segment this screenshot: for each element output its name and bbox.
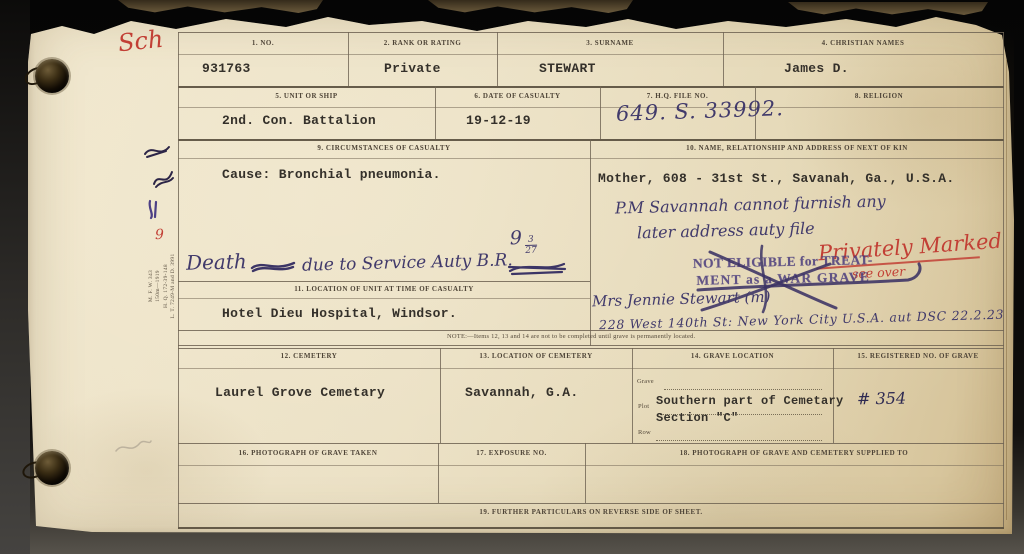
grid-line bbox=[178, 330, 1004, 331]
form-ref-line: 150m—1919 bbox=[155, 238, 162, 334]
form-ref-line: M. F. W. 343 bbox=[148, 238, 155, 334]
field-rank-value: Private bbox=[384, 61, 441, 77]
row-sublabel: Row bbox=[638, 430, 651, 437]
grid-line bbox=[178, 158, 1004, 159]
hand-figure: 9 bbox=[510, 227, 523, 249]
cemetery-location-label: 13. LOCATION OF CEMETERY bbox=[440, 353, 632, 360]
field-surname-value: STEWART bbox=[539, 61, 596, 77]
grid-line bbox=[178, 54, 1004, 55]
circumstances-typed-value: Cause: Bronchial pneumonia. bbox=[222, 167, 441, 183]
grave-location-label: 14. GRAVE LOCATION bbox=[632, 353, 833, 360]
grid-line bbox=[178, 348, 1004, 349]
grave-location-typed2: Section "C" bbox=[656, 411, 739, 425]
field-date-casualty-label: 6. DATE OF CASUALTY bbox=[435, 93, 600, 100]
binder-grommet-bottom bbox=[35, 451, 69, 485]
struck-out-word-scribble bbox=[250, 258, 296, 274]
photo-supplied-label: 18. PHOTOGRAPH OF GRAVE AND CEMETERY SUP… bbox=[585, 450, 1003, 457]
fraction-top: 3 bbox=[525, 236, 537, 245]
further-particulars-label: 19. FURTHER PARTICULARS ON REVERSE SIDE … bbox=[178, 509, 1004, 516]
circumstances-hand-date: 9327 bbox=[510, 228, 537, 257]
binder-grommet-top bbox=[35, 59, 69, 93]
grid-line bbox=[178, 443, 1004, 444]
exposure-no-label: 17. EXPOSURE NO. bbox=[438, 450, 585, 457]
grid-line bbox=[178, 503, 1004, 504]
cemetery-label: 12. CEMETERY bbox=[178, 353, 440, 360]
torn-paper-fragment bbox=[428, 0, 633, 13]
field-date-casualty-value: 19-12-19 bbox=[466, 113, 531, 129]
ink-scribble bbox=[142, 142, 172, 160]
next-of-kin-label: 10. NAME, RELATIONSHIP AND ADDRESS OF NE… bbox=[590, 145, 1004, 152]
plot-sublabel: Plot bbox=[638, 404, 649, 411]
grid-line bbox=[178, 86, 1004, 88]
field-no-label: 1. NO. bbox=[178, 40, 348, 47]
dotted-leader bbox=[656, 440, 822, 441]
form-reference-numbers: M. F. W. 343 150m—1919 H. Q. 172-39-148 … bbox=[148, 238, 180, 334]
fraction-bottom: 27 bbox=[525, 245, 537, 256]
grid-line bbox=[1003, 32, 1004, 527]
torn-paper-fragment bbox=[118, 0, 323, 13]
grid-line bbox=[178, 368, 1004, 369]
torn-paper-fragment bbox=[788, 2, 988, 15]
form-ref-line: L. T. 7249-M and D. 3991 bbox=[170, 238, 177, 334]
scanned-burial-record: Sch 9 M. F. W. 343 150m—1919 H. Q. 172-3… bbox=[0, 0, 1024, 554]
cemetery-value: Laurel Grove Cemetary bbox=[215, 385, 385, 401]
field-christian-names-label: 4. CHRISTIAN NAMES bbox=[723, 40, 1003, 47]
hand-fraction: 327 bbox=[525, 236, 537, 256]
field-unit-label: 5. UNIT OR SHIP bbox=[178, 93, 435, 100]
grid-line bbox=[178, 139, 1004, 141]
grid-line bbox=[178, 527, 1004, 529]
page-stack-edge bbox=[1006, 60, 1007, 520]
grid-line bbox=[590, 139, 591, 346]
field-unit-value: 2nd. Con. Battalion bbox=[222, 113, 376, 129]
struck-out-figure-scribble bbox=[506, 258, 568, 276]
field-surname-label: 3. SURNAME bbox=[497, 40, 723, 47]
cemetery-location-value: Savannah, G.A. bbox=[465, 385, 578, 401]
grid-line bbox=[178, 345, 1004, 346]
grid-line bbox=[178, 465, 1004, 466]
grid-line bbox=[178, 107, 1004, 108]
registered-no-label: 15. REGISTERED NO. OF GRAVE bbox=[833, 353, 1003, 360]
unit-location-label: 11. LOCATION OF UNIT AT TIME OF CASUALTY bbox=[178, 286, 590, 293]
pencil-scribble bbox=[112, 435, 154, 459]
next-of-kin-typed-value: Mother, 608 - 31st St., Savanah, Ga., U.… bbox=[598, 171, 954, 187]
margin-sch-annotation: Sch bbox=[117, 26, 165, 57]
photo-taken-label: 16. PHOTOGRAPH OF GRAVE TAKEN bbox=[178, 450, 438, 457]
grid-line bbox=[178, 281, 590, 282]
grid-line bbox=[632, 348, 633, 443]
circumstances-hand-prefix: Death bbox=[186, 250, 247, 274]
grave-sublabel: Grave bbox=[637, 379, 654, 386]
ink-scribble bbox=[150, 168, 176, 190]
circumstances-label: 9. CIRCUMSTANCES OF CASUALTY bbox=[178, 145, 590, 152]
registered-no-value: # 354 bbox=[857, 390, 906, 408]
unit-location-value: Hotel Dieu Hospital, Windsor. bbox=[222, 306, 457, 322]
grave-location-typed1: Southern part of Cemetary bbox=[656, 394, 844, 408]
form-ref-line: H. Q. 172-39-148 bbox=[163, 238, 170, 334]
field-christian-names-value: James D. bbox=[784, 61, 849, 77]
ink-scribble bbox=[144, 198, 168, 220]
field-religion-label: 8. RELIGION bbox=[755, 93, 1003, 100]
field-no-value: 931763 bbox=[202, 61, 251, 77]
grid-line bbox=[178, 32, 1004, 33]
field-rank-label: 2. RANK OR RATING bbox=[348, 40, 497, 47]
grid-line bbox=[440, 348, 441, 443]
grid-line bbox=[178, 298, 590, 299]
dotted-leader bbox=[664, 389, 822, 390]
form-note: NOTE:—Items 12, 13 and 14 are not to be … bbox=[447, 334, 695, 341]
